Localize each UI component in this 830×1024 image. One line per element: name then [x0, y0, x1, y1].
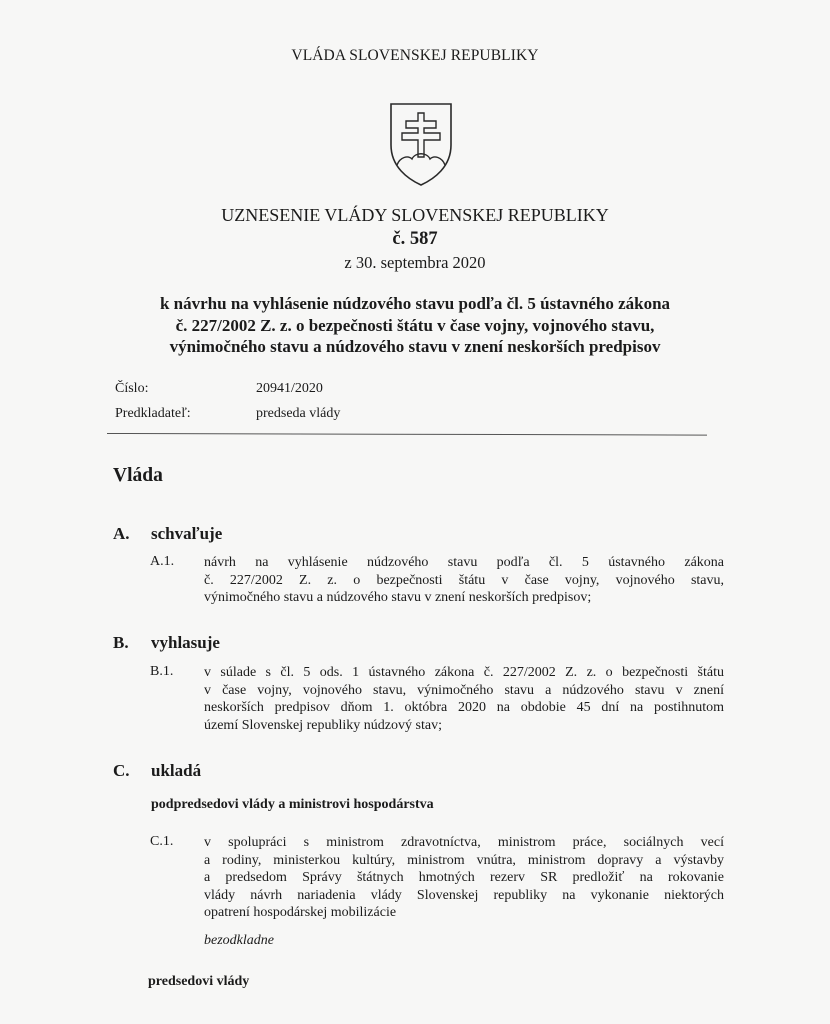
item-c1-number: C.1.: [150, 834, 173, 850]
number-label: Číslo:: [115, 381, 148, 397]
section-c-letter: C.: [113, 761, 130, 781]
addressee-pm: predsedovi vlády: [148, 974, 249, 990]
text-line: a predsedom Správy štátnych hmotných rez…: [204, 869, 724, 887]
item-c1-text: v spolupráci s ministrom zdravotníctva, …: [204, 834, 724, 922]
item-c1-deadline: bezodkladne: [204, 933, 274, 949]
resolution-title: UZNESENIE VLÁDY SLOVENSKEJ REPUBLIKY: [0, 205, 830, 226]
header-divider: [107, 433, 707, 436]
resolution-number: č. 587: [0, 229, 830, 250]
text-line: v čase vojny, vojnového stavu, výnimočné…: [204, 682, 724, 700]
resolution-date: z 30. septembra 2020: [0, 253, 830, 273]
government-header: VLÁDA SLOVENSKEJ REPUBLIKY: [0, 47, 830, 65]
text-line: č. 227/2002 Z. z. o bezpečnosti štátu v …: [204, 572, 724, 590]
subject-line: č. 227/2002 Z. z. o bezpečnosti štátu v …: [0, 315, 830, 337]
section-a-letter: A.: [113, 524, 130, 544]
submitter-value: predseda vlády: [256, 406, 340, 422]
submitter-label: Predkladateľ:: [115, 406, 191, 422]
slovak-coat-of-arms-icon: [388, 101, 454, 187]
text-line: opatrení hospodárskej mobilizácie: [204, 904, 724, 922]
subject-line: k návrhu na vyhlásenie núdzového stavu p…: [0, 293, 830, 315]
resolution-subject: k návrhu na vyhlásenie núdzového stavu p…: [0, 293, 830, 358]
number-value: 20941/2020: [256, 381, 323, 397]
item-b1-number: B.1.: [150, 664, 173, 680]
section-c-verb: ukladá: [151, 761, 201, 781]
section-a-verb: schvaľuje: [151, 524, 222, 544]
section-b-verb: vyhlasuje: [151, 633, 220, 653]
item-a1-number: A.1.: [150, 554, 174, 570]
body-heading: Vláda: [113, 465, 163, 487]
text-line: v súlade s čl. 5 ods. 1 ústavného zákona…: [204, 664, 724, 682]
item-b1-text: v súlade s čl. 5 ods. 1 ústavného zákona…: [204, 664, 724, 734]
text-line: území Slovenskej republiky núdzový stav;: [204, 717, 724, 735]
text-line: a rodiny, ministerkou kultúry, ministrom…: [204, 852, 724, 870]
text-line: vlády návrh nariadenia vlády Slovenskej …: [204, 887, 724, 905]
section-b-letter: B.: [113, 633, 129, 653]
text-line: v spolupráci s ministrom zdravotníctva, …: [204, 834, 724, 852]
addressee-deputy-pm: podpredsedovi vlády a ministrovi hospodá…: [151, 797, 434, 813]
text-line: výnimočného stavu a núdzového stavu v zn…: [204, 589, 724, 607]
text-line: návrh na vyhlásenie núdzového stavu podľ…: [204, 554, 724, 572]
item-a1-text: návrh na vyhlásenie núdzového stavu podľ…: [204, 554, 724, 607]
subject-line: výnimočného stavu a núdzového stavu v zn…: [0, 336, 830, 358]
text-line: neskorších predpisov dňom 1. októbra 202…: [204, 699, 724, 717]
